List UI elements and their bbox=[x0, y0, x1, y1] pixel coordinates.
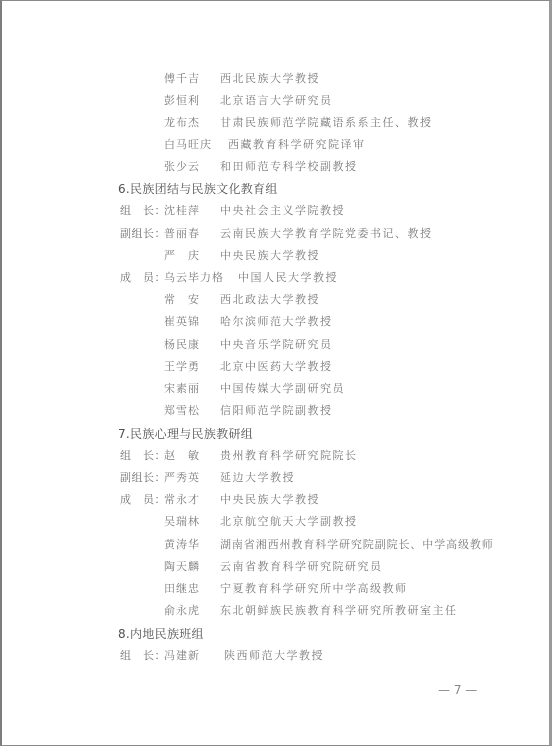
member-affiliation: 信阳师范学院副教授 bbox=[220, 401, 333, 421]
member-name: 黄涛华 bbox=[164, 535, 200, 555]
section-heading-7: 7.民族心理与民族教研组 bbox=[118, 424, 253, 444]
member-name: 彭恒利 bbox=[164, 91, 200, 111]
member-affiliation: 中国人民大学教授 bbox=[238, 268, 338, 288]
role-label: 副组长： bbox=[120, 468, 166, 488]
member-affiliation: 中央民族大学教授 bbox=[220, 246, 320, 266]
role-label: 组 长： bbox=[120, 201, 166, 221]
member-name: 吴瑞林 bbox=[164, 512, 200, 532]
member-name: 俞永虎 bbox=[164, 601, 200, 621]
member-affiliation: 西北民族大学教授 bbox=[220, 69, 320, 89]
member-affiliation: 和田师范专科学校副教授 bbox=[220, 157, 358, 177]
member-name: 傅千吉 bbox=[164, 69, 200, 89]
member-name: 严秀英 bbox=[164, 468, 200, 488]
member-affiliation: 湖南省湘西州教育科学研究院副院长、中学高级教师 bbox=[220, 535, 494, 555]
member-affiliation: 陕西师范大学教授 bbox=[224, 646, 324, 666]
role-label: 成 员： bbox=[120, 268, 166, 288]
member-affiliation: 东北朝鲜族民族教育科学研究所教研室主任 bbox=[220, 601, 458, 621]
role-label: 副组长： bbox=[120, 224, 166, 244]
member-name: 杨民康 bbox=[164, 335, 200, 355]
member-name: 宋素丽 bbox=[164, 379, 200, 399]
document-page: 傅千吉 西北民族大学教授 彭恒利 北京语言大学研究员 龙布杰 甘肃民族师范学院藏… bbox=[0, 0, 552, 746]
role-label: 组 长： bbox=[120, 646, 166, 666]
member-name: 龙布杰 bbox=[164, 113, 200, 133]
member-affiliation: 云南省教育科学研究院研究员 bbox=[220, 557, 383, 577]
member-affiliation: 中央民族大学教授 bbox=[220, 490, 320, 510]
member-affiliation: 西藏教育科学研究院译审 bbox=[228, 135, 366, 155]
member-affiliation: 西北政法大学教授 bbox=[220, 290, 320, 310]
member-affiliation: 中央音乐学院研究员 bbox=[220, 335, 333, 355]
member-name: 赵 敏 bbox=[164, 446, 200, 466]
member-name: 张少云 bbox=[164, 157, 200, 177]
member-affiliation: 中央社会主义学院教授 bbox=[220, 201, 345, 221]
section-heading-6: 6.民族团结与民族文化教育组 bbox=[118, 179, 278, 199]
member-affiliation: 贵州教育科学研究院院长 bbox=[220, 446, 358, 466]
member-affiliation: 北京中医药大学教授 bbox=[220, 357, 333, 377]
member-name: 崔英锦 bbox=[164, 312, 200, 332]
member-name: 严 庆 bbox=[164, 246, 200, 266]
member-name: 普丽春 bbox=[164, 224, 200, 244]
role-label: 组 长： bbox=[120, 446, 166, 466]
section-heading-8: 8.内地民族班组 bbox=[118, 624, 204, 644]
member-name: 陶天麟 bbox=[164, 557, 200, 577]
member-name: 冯建新 bbox=[164, 646, 200, 666]
member-name: 乌云毕力格 bbox=[164, 268, 224, 288]
member-name: 王学勇 bbox=[164, 357, 200, 377]
member-name: 常 安 bbox=[164, 290, 200, 310]
member-affiliation: 延边大学教授 bbox=[220, 468, 295, 488]
page-number: — 7 — bbox=[438, 683, 477, 697]
member-affiliation: 北京语言大学研究员 bbox=[220, 91, 333, 111]
member-affiliation: 中国传媒大学副研究员 bbox=[220, 379, 345, 399]
member-affiliation: 哈尔滨师范大学教授 bbox=[220, 312, 333, 332]
member-name: 郑雪松 bbox=[164, 401, 200, 421]
member-name: 沈桂萍 bbox=[164, 201, 200, 221]
member-name: 白马旺庆 bbox=[164, 135, 212, 155]
member-name: 常永才 bbox=[164, 490, 200, 510]
role-label: 成 员： bbox=[120, 490, 166, 510]
member-affiliation: 北京航空航天大学副教授 bbox=[220, 512, 358, 532]
member-affiliation: 甘肃民族师范学院藏语系系主任、教授 bbox=[220, 113, 433, 133]
member-name: 田继忠 bbox=[164, 579, 200, 599]
member-affiliation: 宁夏教育科学研究所中学高级教师 bbox=[220, 579, 408, 599]
member-affiliation: 云南民族大学教育学院党委书记、教授 bbox=[220, 224, 433, 244]
